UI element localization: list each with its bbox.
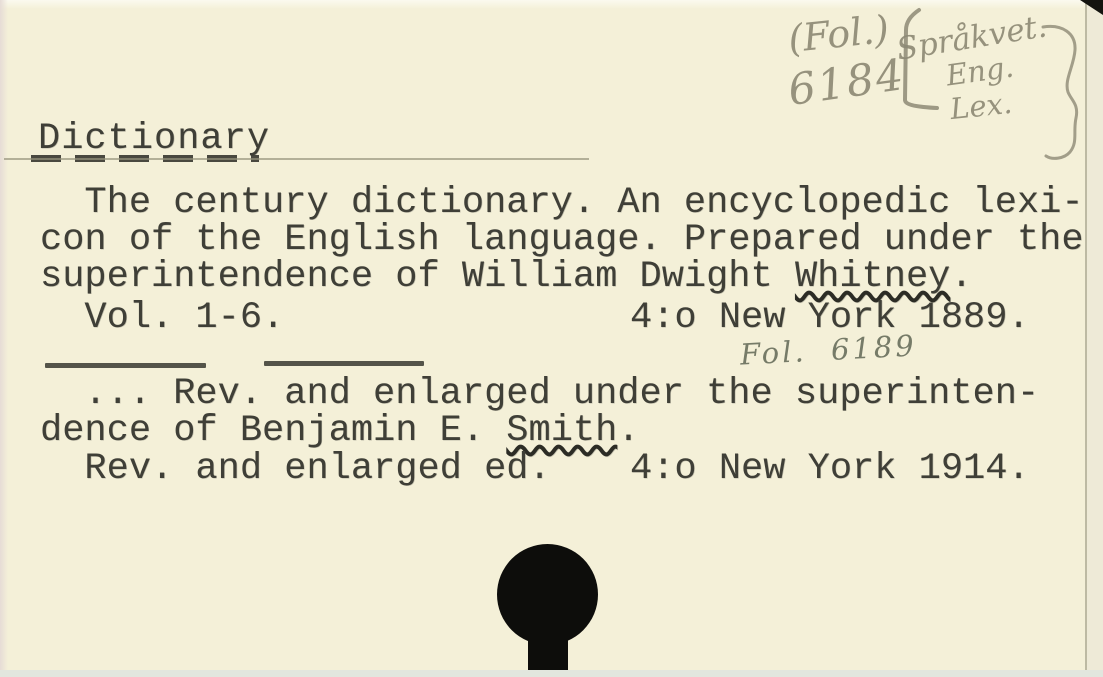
handwritten-shelf-number: 6184 — [785, 50, 908, 116]
underlined-name-smith: Smith — [506, 410, 617, 452]
card-edge-right — [1085, 0, 1103, 677]
punch-hole-slot — [528, 628, 568, 672]
ditto-dash-2 — [264, 361, 424, 366]
entry-line: dence of Benjamin E. Smith. — [40, 410, 640, 453]
card-edge-top — [0, 0, 1103, 9]
card-edge-bottom — [0, 670, 1103, 677]
entry-line-text: superintendence of William Dwight — [40, 256, 795, 298]
underlined-name-whitney: Whitney — [795, 256, 950, 298]
catalog-card: Dictionary The century dictionary. An en… — [0, 0, 1103, 677]
handwritten-right-brace — [1043, 26, 1077, 158]
edition-statement: Rev. and enlarged ed. — [40, 448, 551, 490]
entry-line: Rev. and enlarged ed.4:o New York 1914. — [40, 448, 551, 491]
entry-line-text: . — [617, 410, 639, 452]
entry-line-text: . — [950, 256, 972, 298]
volume-statement: Vol. 1-6. — [40, 297, 284, 339]
heading-rule-line — [4, 158, 589, 160]
entry-line: Vol. 1-6.4:o New York 1889. — [40, 297, 284, 340]
entry-line: superintendence of William Dwight Whitne… — [40, 256, 973, 299]
imprint-1914: 4:o New York 1914. — [630, 448, 1030, 491]
card-edge-left — [0, 0, 8, 677]
handwritten-classification-3: Lex. — [948, 86, 1013, 126]
entry-line-text: dence of Benjamin E. — [40, 410, 506, 452]
ditto-dash-1 — [45, 363, 206, 368]
